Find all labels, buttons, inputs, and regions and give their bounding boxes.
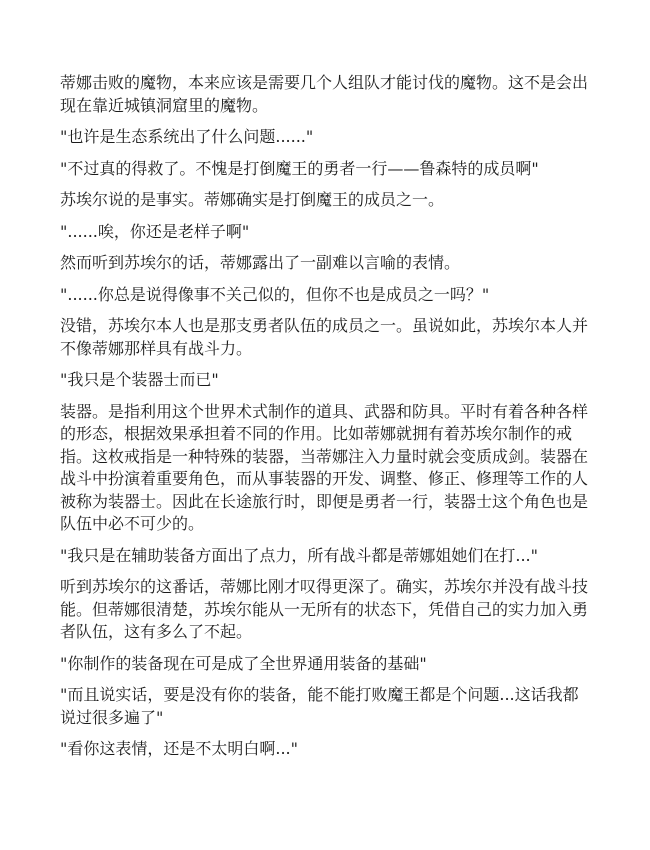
paragraph-narration: 听到苏埃尔的这番话，蒂娜比刚才叹得更深了。确实，苏埃尔并没有战斗技能。但蒂娜很清… (60, 576, 590, 644)
paragraph-dialogue: "......唉，你还是老样子啊" (60, 221, 590, 244)
paragraph-narration: 没错，苏埃尔本人也是那支勇者队伍的成员之一。虽说如此，苏埃尔本人并不像蒂娜那样具… (60, 315, 590, 360)
paragraph-dialogue: "看你这表情，还是不太明白啊..." (60, 738, 590, 761)
paragraph-narration: 装器。是指利用这个世界术式制作的道具、武器和防具。平时有着各种各样的形态，根据效… (60, 401, 590, 536)
paragraph-dialogue: "你制作的装备现在可是成了全世界通用装备的基础" (60, 653, 590, 676)
paragraph-narration: 然而听到苏埃尔的话，蒂娜露出了一副难以言喻的表情。 (60, 252, 590, 275)
paragraph-narration: 苏埃尔说的是事实。蒂娜确实是打倒魔王的成员之一。 (60, 189, 590, 212)
paragraph-narration: 蒂娜击败的魔物，本来应该是需要几个人组队才能讨伐的魔物。这不是会出现在靠近城镇洞… (60, 72, 590, 117)
paragraph-dialogue: "不过真的得救了。不愧是打倒魔王的勇者一行——鲁森特的成员啊" (60, 158, 590, 181)
paragraph-dialogue: "我只是个装器士而已" (60, 369, 590, 392)
paragraph-dialogue: "而且说实话，要是没有你的装备，能不能打败魔王都是个问题...这话我都说过很多遍… (60, 684, 590, 729)
paragraph-dialogue: "......你总是说得像事不关己似的，但你不也是成员之一吗？" (60, 284, 590, 307)
paragraph-dialogue: "也许是生态系统出了什么问题......" (60, 126, 590, 149)
paragraph-dialogue: "我只是在辅助装备方面出了点力，所有战斗都是蒂娜姐她们在打..." (60, 545, 590, 568)
document-page: 蒂娜击败的魔物，本来应该是需要几个人组队才能讨伐的魔物。这不是会出现在靠近城镇洞… (0, 0, 650, 850)
